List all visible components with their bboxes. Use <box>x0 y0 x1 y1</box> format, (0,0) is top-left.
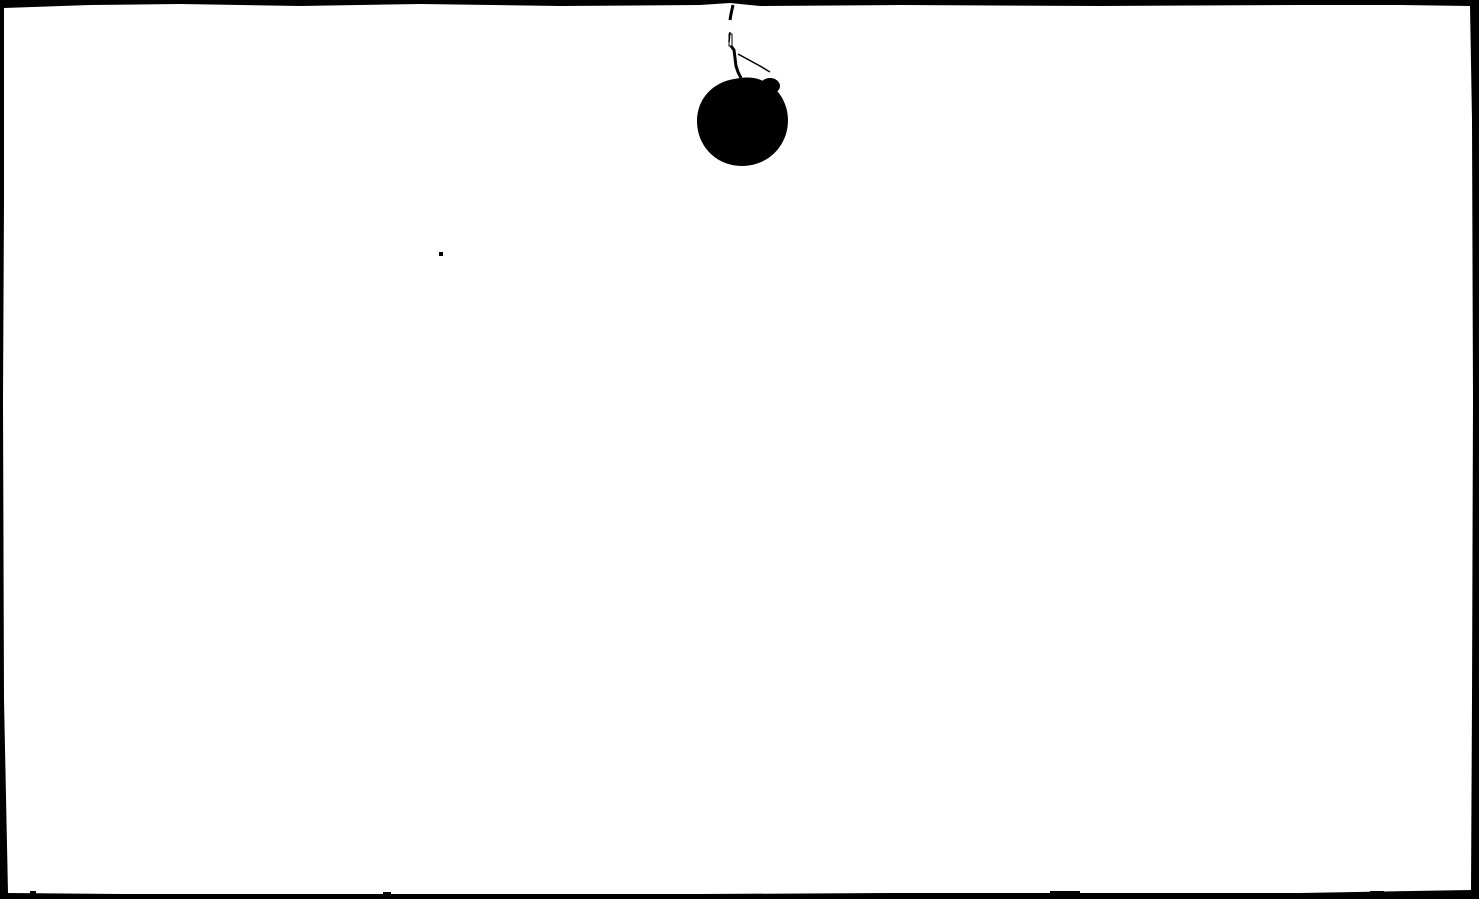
speck <box>439 252 443 256</box>
binarized-photo <box>0 0 1479 899</box>
hanging-ball <box>697 77 788 166</box>
